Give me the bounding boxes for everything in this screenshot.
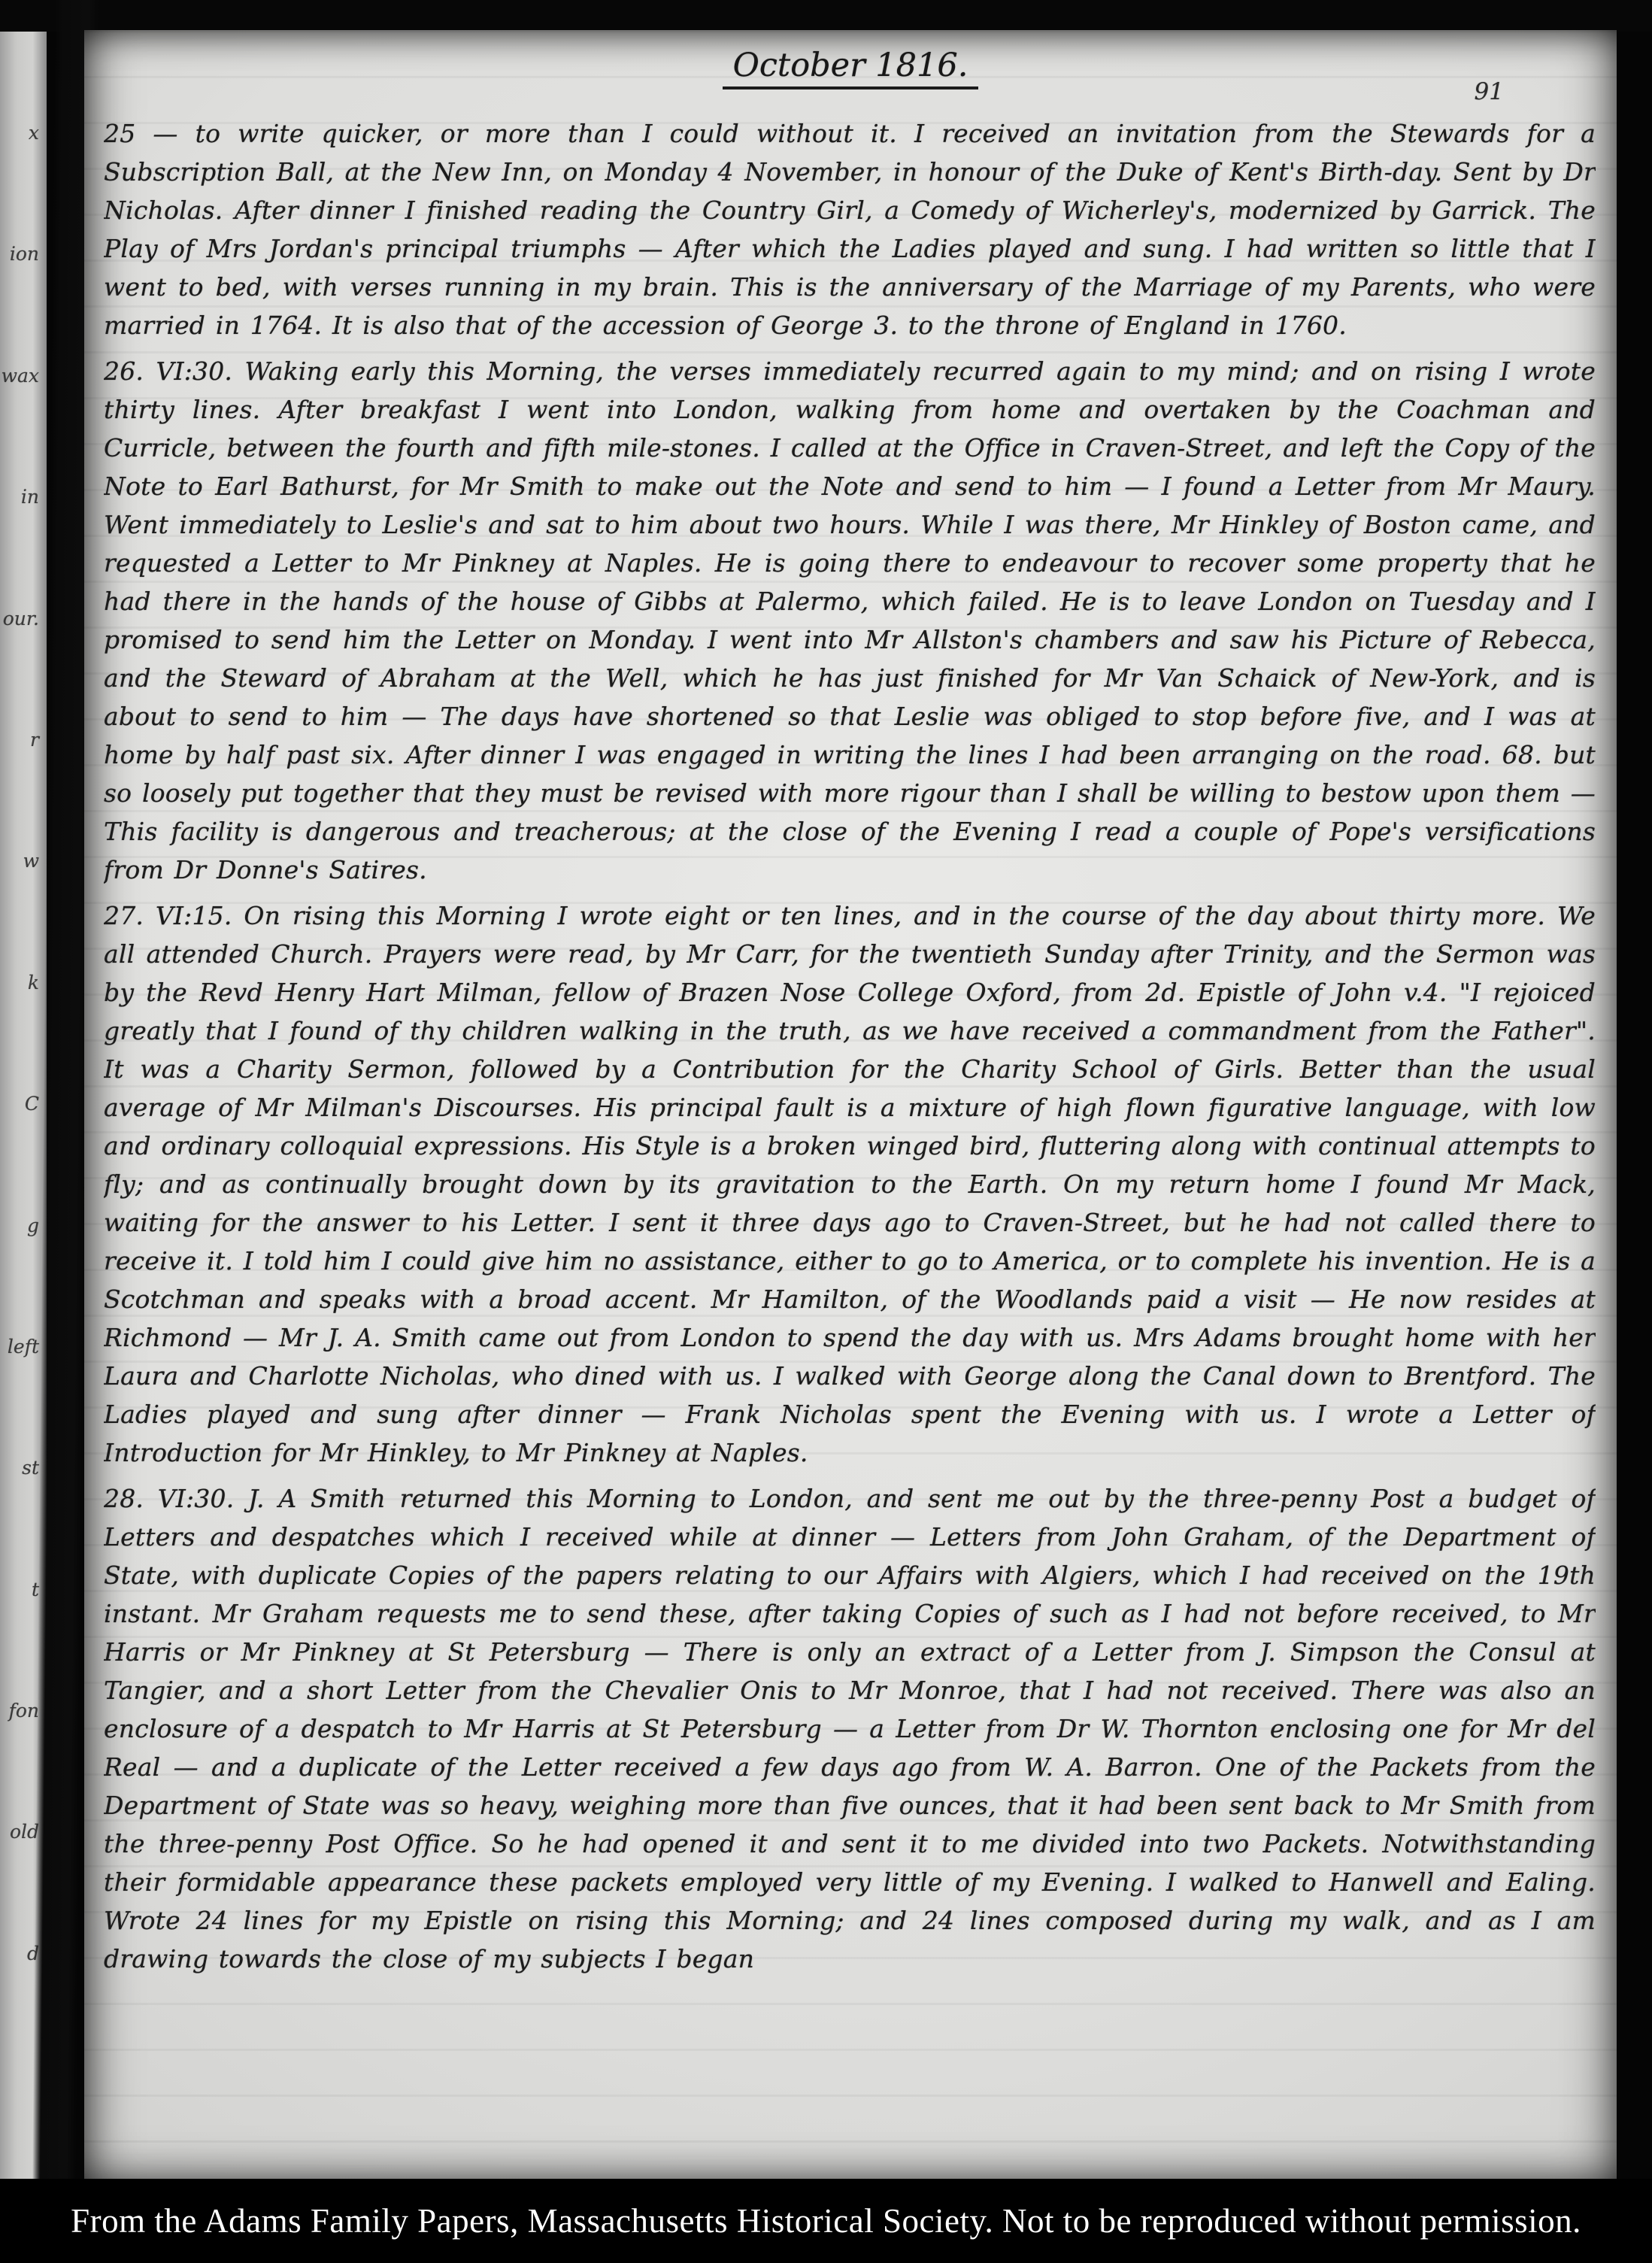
manuscript-page: October 1816. 91 25 — to write quicker, … [84, 30, 1617, 2181]
page-number: 91 [1475, 78, 1504, 105]
facing-page-text-fragments: x ion wax in our. r w k C g left st t fo… [0, 122, 42, 1964]
margin-fragment: ion [10, 243, 39, 265]
diary-entries: 25 — to write quicker, or more than I co… [104, 114, 1596, 2160]
margin-fragment: in [21, 486, 39, 508]
margin-fragment: our. [3, 608, 39, 629]
archive-caption: From the Adams Family Papers, Massachuse… [71, 2201, 1581, 2240]
diary-entry-oct-28: 28. VI:30. J. A Smith returned this Morn… [104, 1479, 1596, 1978]
margin-fragment: fon [9, 1700, 39, 1722]
margin-fragment: C [25, 1093, 39, 1115]
caption-bar: From the Adams Family Papers, Massachuse… [0, 2179, 1652, 2263]
margin-fragment: left [8, 1336, 39, 1357]
margin-fragment: k [28, 972, 39, 993]
margin-fragment: g [27, 1215, 39, 1236]
scanned-manuscript-viewer: { "scan": { "header_date": "October 1816… [0, 0, 1652, 2263]
page-header-date: October 1816. [723, 47, 979, 89]
margin-fragment: st [22, 1457, 39, 1479]
diary-entry-oct-27: 27. VI:15. On rising this Morning I wrot… [104, 896, 1596, 1472]
diary-entry-oct-26: 26. VI:30. Waking early this Morning, th… [104, 352, 1596, 889]
margin-fragment: x [29, 122, 39, 144]
margin-fragment: old [10, 1821, 39, 1843]
diary-entry-oct-25: 25 — to write quicker, or more than I co… [104, 114, 1596, 344]
margin-fragment: wax [2, 365, 39, 387]
page-header: October 1816. [84, 47, 1617, 89]
margin-fragment: r [30, 729, 39, 751]
scan-top-border [0, 0, 1652, 32]
margin-fragment: w [23, 850, 39, 872]
